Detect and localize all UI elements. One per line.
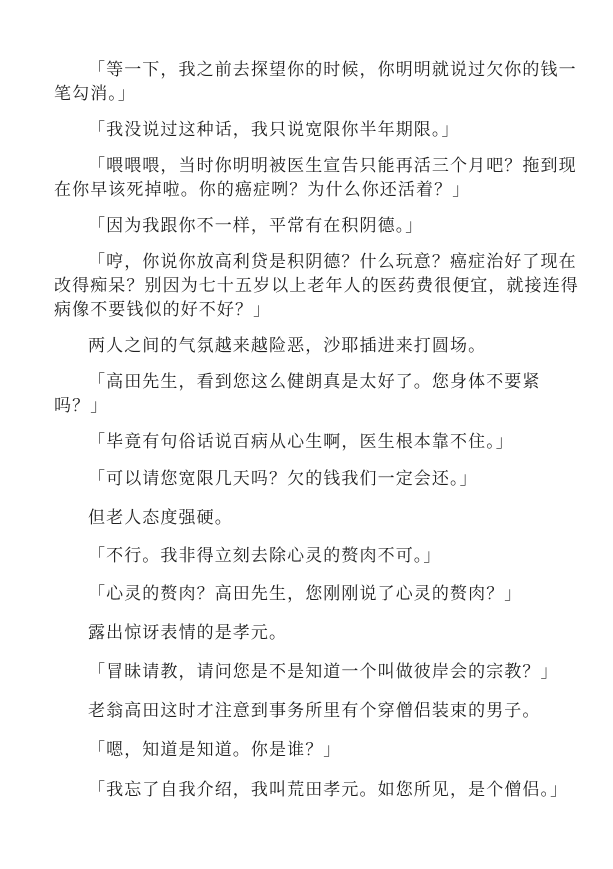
paragraph-line: 但老人态度强硬。 [88,506,588,530]
document-page: 「等一下，我之前去探望你的时候，你明明就说过欠你的钱一 笔勾消。」 「我没说过这… [0,0,613,869]
paragraph-line: 「哼，你说你放高利贷是积阴德？什么玩意？癌症治好了现在 [88,250,588,274]
paragraph-line: 「嗯，知道是知道。你是谁？」 [88,738,588,762]
paragraph-line: 病像不要钱似的好不好？」 [54,298,554,322]
paragraph-line: 吗？」 [54,394,554,418]
paragraph-line: 笔勾消。」 [54,82,554,106]
paragraph-line: 老翁高田这时才注意到事务所里有个穿僧侣装束的男子。 [88,699,588,723]
paragraph-line: 「我忘了自我介绍，我叫荒田孝元。如您所见，是个僧侣。」 [88,778,588,802]
paragraph-line: 「可以请您宽限几天吗？欠的钱我们一定会还。」 [88,467,588,491]
paragraph-line: 「等一下，我之前去探望你的时候，你明明就说过欠你的钱一 [88,58,588,82]
paragraph-line: 改得痴呆？别因为七十五岁以上老年人的医药费很便宜，就接连得 [54,274,554,298]
paragraph-line: 两人之间的气氛越来越险恶，沙耶插进来打圆场。 [88,334,588,358]
paragraph-line: 露出惊讶表情的是孝元。 [88,621,588,645]
paragraph-line: 「喂喂喂，当时你明明被医生宣告只能再活三个月吧？拖到现 [88,154,588,178]
paragraph-line: 「冒昧请教，请问您是不是知道一个叫做彼岸会的宗教？」 [88,660,588,684]
paragraph-line: 「不行。我非得立刻去除心灵的赘肉不可。」 [88,544,588,568]
paragraph-line: 「毕竟有句俗话说百病从心生啊，医生根本靠不住。」 [88,430,588,454]
paragraph-line: 「高田先生，看到您这么健朗真是太好了。您身体不要紧 [88,370,588,394]
paragraph-line: 「因为我跟你不一样，平常有在积阴德。」 [88,214,588,238]
paragraph-line: 「心灵的赘肉？高田先生，您刚刚说了心灵的赘肉？」 [88,582,588,606]
paragraph-line: 在你早该死掉啦。你的癌症咧？为什么你还活着？」 [54,178,554,202]
paragraph-line: 「我没说过这种话，我只说宽限你半年期限。」 [88,118,588,142]
